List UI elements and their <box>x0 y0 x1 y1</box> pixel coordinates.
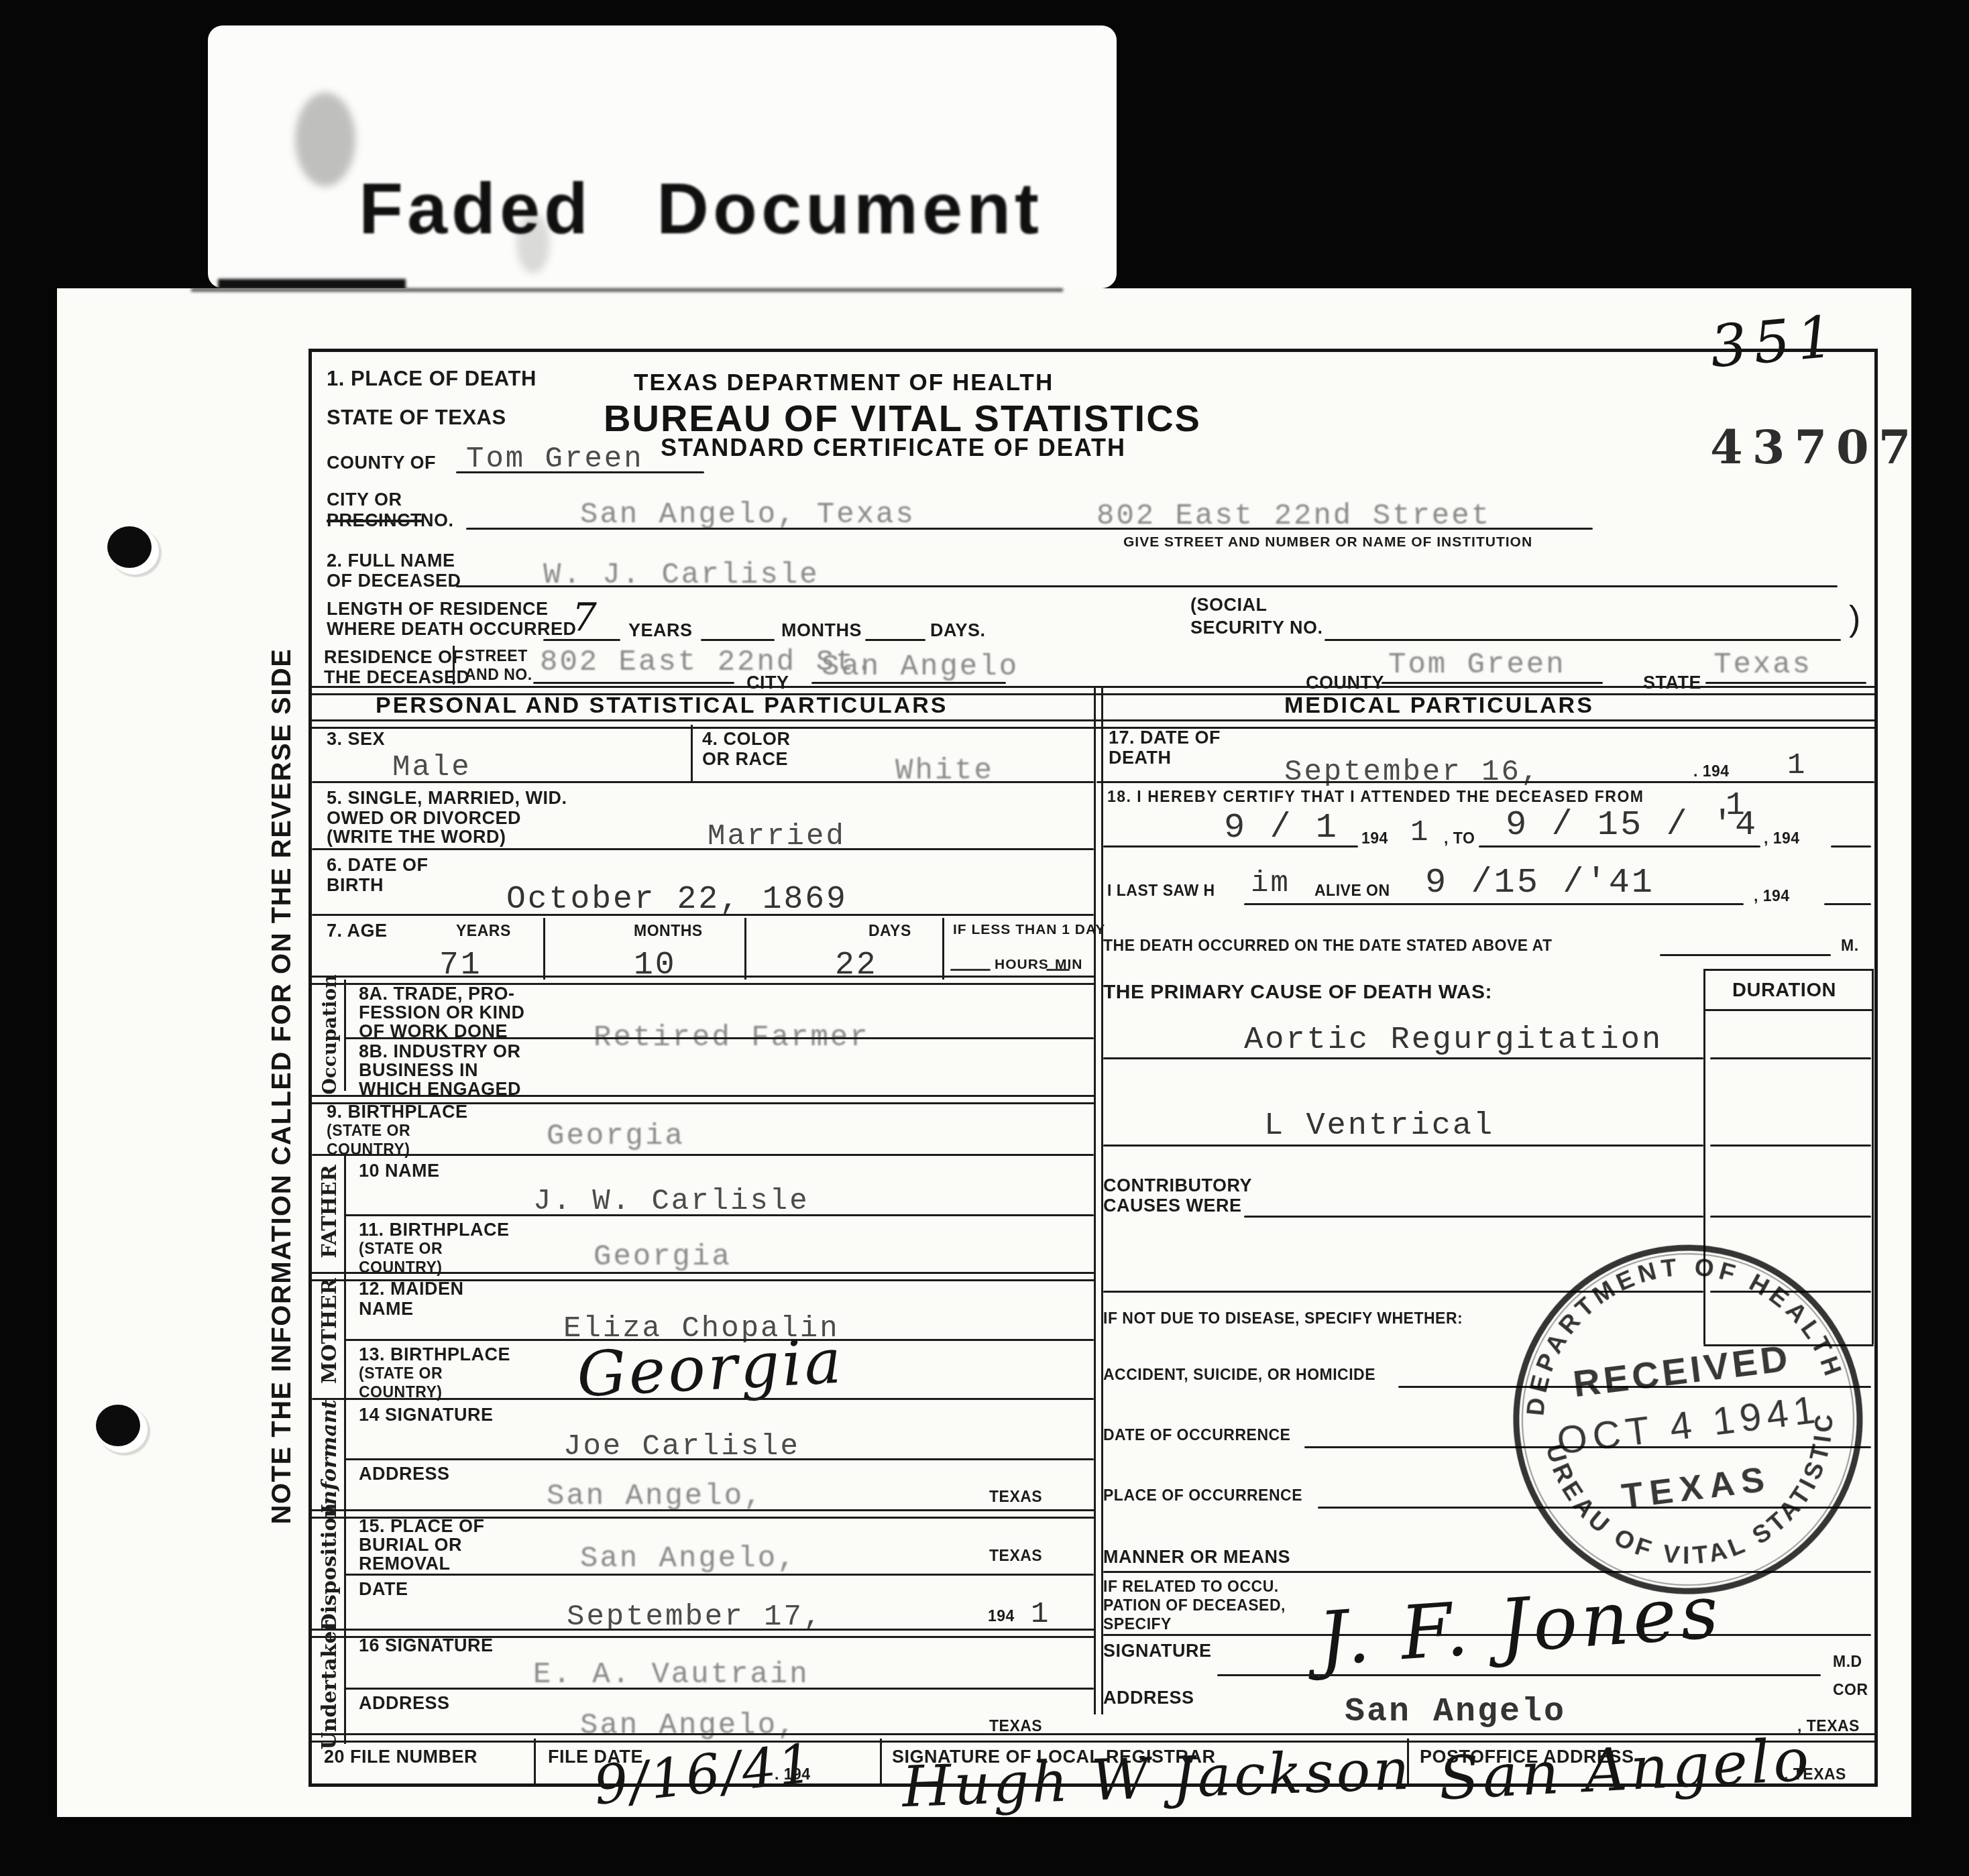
faded-document-card: Faded Document <box>208 25 1117 288</box>
dept-of-health-line: TEXAS DEPARTMENT OF HEALTH <box>634 369 1054 396</box>
state-of-texas-label: STATE OF TEXAS <box>327 406 506 430</box>
certify-label: 18. I HEREBY CERTIFY THAT I ATTENDED THE… <box>1107 788 1644 806</box>
related-label-2: PATION OF DECEASED, <box>1103 1596 1286 1615</box>
mother-name-label-2: NAME <box>359 1299 414 1320</box>
rule <box>1660 954 1831 956</box>
rule <box>543 918 545 980</box>
rule <box>1824 903 1871 905</box>
streetno-label-2: AND NO. <box>465 666 532 684</box>
margin-note: NOTE THE INFORMATION CALLED FOR ON THE R… <box>267 648 297 1525</box>
related-label-3: SPECIFY <box>1103 1615 1172 1633</box>
physician-sig-label: SIGNATURE <box>1103 1641 1212 1661</box>
rule <box>344 980 346 1091</box>
burial-value: San Angelo, <box>580 1542 797 1576</box>
lastsaw-194: , 194 <box>1754 887 1790 905</box>
cause-2-value: L Ventrical <box>1264 1108 1494 1144</box>
occupation-side-label: Occupation <box>319 974 341 1094</box>
if-less-label: IF LESS THAN 1 DAY <box>953 922 1105 938</box>
rule <box>1831 845 1871 847</box>
undertaker-sig-value: E. A. Vautrain <box>533 1658 809 1692</box>
length-label-2: WHERE DEATH OCCURRED <box>327 619 577 640</box>
rule <box>466 528 1593 530</box>
ssn-label-2: SECURITY NO. <box>1190 618 1323 638</box>
sex-label: 3. SEX <box>327 729 385 750</box>
cor-label: COR <box>1833 1681 1868 1699</box>
rule <box>344 1214 1094 1216</box>
lastsaw-him: im <box>1251 867 1290 900</box>
informant-texas: TEXAS <box>989 1488 1042 1506</box>
manner-label: MANNER OR MEANS <box>1103 1547 1290 1568</box>
days-label: DAYS. <box>930 620 986 641</box>
rule <box>1710 1057 1871 1059</box>
not-disease-label: IF NOT DUE TO DISEASE, SPECIFY WHETHER: <box>1103 1309 1463 1328</box>
physician-addr-value: San Angelo <box>1345 1693 1566 1731</box>
months-label: MONTHS <box>781 620 862 641</box>
to-label: , TO <box>1444 829 1475 847</box>
streetno-label-1: STREET <box>465 647 528 665</box>
dod-value: September 16, <box>1284 756 1540 789</box>
length-years-value: 7 <box>572 595 597 640</box>
primary-cause-label: THE PRIMARY CAUSE OF DEATH WAS: <box>1103 981 1492 1004</box>
occurred-m-label: M. <box>1841 937 1859 955</box>
residence-city-value: San Angelo <box>822 650 1019 684</box>
precinct-label-struck: PRECINCT <box>327 510 422 531</box>
city-or-label: CITY OR <box>327 489 402 510</box>
dob-label-2: BIRTH <box>327 875 384 896</box>
age-months-label: MONTHS <box>634 922 703 940</box>
hole-punch-top <box>107 526 152 568</box>
dod-year-printed: . 194 <box>1693 762 1730 780</box>
rule <box>744 918 746 980</box>
faded-document-title: Faded Document <box>359 166 1043 250</box>
city-value: San Angelo, Texas <box>580 498 915 532</box>
rule <box>1244 1216 1703 1218</box>
rule <box>1479 845 1760 847</box>
rule <box>811 682 1006 684</box>
file-date-194: . 194 <box>775 1765 811 1783</box>
rule <box>1103 845 1358 847</box>
trade-label-1: 8A. TRADE, PRO- <box>359 984 515 1004</box>
dod-year-typed: 1 <box>1787 749 1807 782</box>
marital-label-3: (WRITE THE WORD) <box>327 827 506 847</box>
place-occ-label: PLACE OF OCCURRENCE <box>1103 1486 1302 1505</box>
scanned-death-certificate: Faded Document NOTE THE INFORMATION CALL… <box>0 0 1969 1876</box>
attended-from-value: 9 / 1 <box>1224 808 1339 847</box>
rule <box>456 585 1838 587</box>
rule <box>1325 639 1841 641</box>
medical-section-header: MEDICAL PARTICULARS <box>1284 693 1594 719</box>
place-of-death-label: 1. PLACE OF DEATH <box>327 367 537 391</box>
county-of-label: COUNTY OF <box>327 453 436 473</box>
father-name-label: 10 NAME <box>359 1161 440 1181</box>
dod-label-1: 17. DATE OF <box>1109 727 1221 748</box>
occurred-label: THE DEATH OCCURRED ON THE DATE STATED AB… <box>1103 937 1553 955</box>
mother-name-label-1: 12. MAIDEN <box>359 1279 464 1299</box>
marital-label-2: OWED OR DIVORCED <box>327 808 521 829</box>
rule <box>344 1688 1094 1690</box>
color-label-2: OR RACE <box>702 749 788 770</box>
burial-texas: TEXAS <box>989 1547 1042 1565</box>
mother-side-label: MOTHER <box>318 1278 341 1384</box>
rule <box>1703 1009 1874 1011</box>
informant-addr-value: San Angelo, <box>547 1480 763 1513</box>
burial-194: 194 <box>988 1607 1015 1625</box>
min-label: MIN <box>1055 957 1083 973</box>
ssn-close-paren: ) <box>1849 599 1861 639</box>
rule <box>1103 1057 1703 1059</box>
date-occ-label: DATE OF OCCURRENCE <box>1103 1426 1290 1444</box>
hole-punch-bottom <box>96 1405 140 1446</box>
birthplace-label: 9. BIRTHPLACE <box>327 1102 468 1122</box>
rule <box>312 719 1874 729</box>
stamp-texas: TEXAS <box>1620 1460 1773 1517</box>
rule <box>344 1458 1094 1460</box>
fullname-label-2: OF DECEASED <box>327 571 461 591</box>
sex-value: Male <box>392 751 471 784</box>
rule <box>1096 781 1874 783</box>
dob-value: October 22, 1869 <box>506 882 848 918</box>
father-bp-label: 11. BIRTHPLACE <box>359 1220 510 1240</box>
undertaker-addr-label: ADDRESS <box>359 1693 450 1714</box>
from-194: 194 <box>1361 829 1388 847</box>
residence-label-1: RESIDENCE OF <box>324 647 464 668</box>
age-days-label: DAYS <box>868 922 911 940</box>
accident-label: ACCIDENT, SUICIDE, OR HOMICIDE <box>1103 1366 1375 1384</box>
rule <box>1705 682 1866 684</box>
related-label-1: IF RELATED TO OCCU. <box>1103 1578 1279 1596</box>
length-label-1: LENGTH OF RESIDENCE <box>327 599 549 620</box>
rule <box>312 781 1094 783</box>
undertaker-side-label: Undertaker <box>318 1621 341 1750</box>
rule <box>701 639 775 641</box>
rule <box>453 646 455 685</box>
father-bp-value: Georgia <box>594 1240 732 1274</box>
contributory-label-2: CAUSES WERE <box>1103 1195 1242 1216</box>
undertaker-texas: TEXAS <box>989 1717 1042 1735</box>
physician-addr-label: ADDRESS <box>1103 1688 1194 1708</box>
received-stamp: DEPARTMENT OF HEALTH BUREAU OF VITAL STA… <box>1485 1216 1892 1623</box>
industry-label-2: BUSINESS IN <box>359 1060 478 1081</box>
rule <box>1103 1145 1703 1147</box>
certificate-page: NOTE THE INFORMATION CALLED FOR ON THE R… <box>57 288 1911 1817</box>
standard-certificate-line: STANDARD CERTIFICATE OF DEATH <box>661 434 1126 462</box>
certificate-form: 1. PLACE OF DEATH TEXAS DEPARTMENT OF HE… <box>308 349 1878 1787</box>
md-label: M.D <box>1833 1653 1862 1671</box>
street-caption: GIVE STREET AND NUMBER OR NAME OF INSTIT… <box>1123 534 1532 550</box>
column-divider <box>1094 686 1103 1714</box>
precinct-no-label: NO. <box>420 510 454 531</box>
lastsaw-date: 9 /15 /'41 <box>1425 863 1654 902</box>
disposition-side-label: Disposition <box>318 1503 341 1631</box>
rule <box>691 725 693 781</box>
rule <box>312 1154 1094 1156</box>
mother-bp-label: 13. BIRTHPLACE <box>359 1344 510 1365</box>
rule <box>312 914 1094 916</box>
undertaker-sig-label: 16 SIGNATURE <box>359 1635 494 1656</box>
birthplace-value: Georgia <box>547 1120 685 1153</box>
attended-to-sup: 1 <box>1726 788 1747 824</box>
rule <box>534 1739 536 1783</box>
residence-county-value: Tom Green <box>1388 648 1566 682</box>
rule <box>312 1398 1094 1400</box>
certificate-number: 43707 <box>1710 419 1921 475</box>
cause-1-value: Aortic Regurgitation <box>1244 1022 1663 1058</box>
attended-to-value: 9 / 15 / '4 <box>1506 805 1758 845</box>
from-year-typed: 1 <box>1410 816 1430 849</box>
dob-label-1: 6. DATE OF <box>327 855 429 876</box>
contributory-label-1: CONTRIBUTORY <box>1103 1175 1252 1196</box>
mother-bp-stateor: (STATE OR <box>359 1364 443 1383</box>
to-comma-194: , 194 <box>1764 829 1800 847</box>
rule <box>1710 1145 1871 1147</box>
fullname-label-1: 2. FULL NAME <box>327 550 455 571</box>
birthplace-stateor: (STATE OR <box>327 1122 410 1140</box>
color-label-1: 4. COLOR <box>702 729 791 750</box>
burial-date-label: DATE <box>359 1579 408 1600</box>
dod-label-2: DEATH <box>1109 748 1172 768</box>
age-years-label: YEARS <box>456 922 511 940</box>
scan-smudge <box>295 93 355 186</box>
po-texas: . TEXAS <box>1784 1765 1846 1783</box>
age-label: 7. AGE <box>327 921 388 941</box>
father-name-value: J. W. Carlisle <box>533 1185 809 1218</box>
burial-label-2: BURIAL OR <box>359 1535 462 1556</box>
personal-section-header: PERSONAL AND STATISTICAL PARTICULARS <box>376 693 948 719</box>
duration-box-right <box>1872 969 1874 1344</box>
rule <box>456 471 704 473</box>
marital-label-1: 5. SINGLE, MARRIED, WID. <box>327 788 567 809</box>
rule <box>865 639 925 641</box>
trade-label-2: FESSION OR KIND <box>359 1002 525 1023</box>
informant-sig-label: 14 SIGNATURE <box>359 1405 494 1425</box>
rule <box>344 1574 1094 1576</box>
lastsaw-label-2: ALIVE ON <box>1314 882 1390 900</box>
residence-state-value: Texas <box>1713 648 1812 682</box>
rule <box>1217 1674 1821 1676</box>
informant-side-label: Informant <box>318 1399 341 1514</box>
rule <box>543 639 620 641</box>
rule <box>533 682 734 684</box>
residence-label-2: THE DECEASED <box>324 667 470 688</box>
file-number-label: 20 FILE NUMBER <box>324 1747 477 1767</box>
father-bp-stateor: (STATE OR <box>359 1240 443 1258</box>
burial-year-typed: 1 <box>1031 1598 1050 1631</box>
lastsaw-label-1: I LAST SAW H <box>1107 882 1215 900</box>
burial-label-1: 15. PLACE OF <box>359 1516 485 1537</box>
rule <box>1703 969 1874 971</box>
rule <box>880 1739 882 1783</box>
rule <box>312 848 1094 850</box>
hours-label: HOURS <box>995 957 1049 973</box>
rule <box>344 1154 346 1744</box>
burial-label-3: REMOVAL <box>359 1553 451 1574</box>
rule <box>950 969 991 971</box>
informant-addr-label: ADDRESS <box>359 1464 450 1484</box>
rule <box>1382 682 1603 684</box>
ssn-label-1: (SOCIAL <box>1190 595 1268 615</box>
page-top-edge <box>191 288 1063 292</box>
years-label: YEARS <box>628 620 693 641</box>
industry-label-1: 8B. INDUSTRY OR <box>359 1041 521 1062</box>
rule <box>344 1037 1094 1039</box>
rule <box>1244 903 1744 905</box>
father-side-label: FATHER <box>318 1165 341 1258</box>
rule <box>942 918 944 980</box>
duration-label: DURATION <box>1732 980 1836 1002</box>
